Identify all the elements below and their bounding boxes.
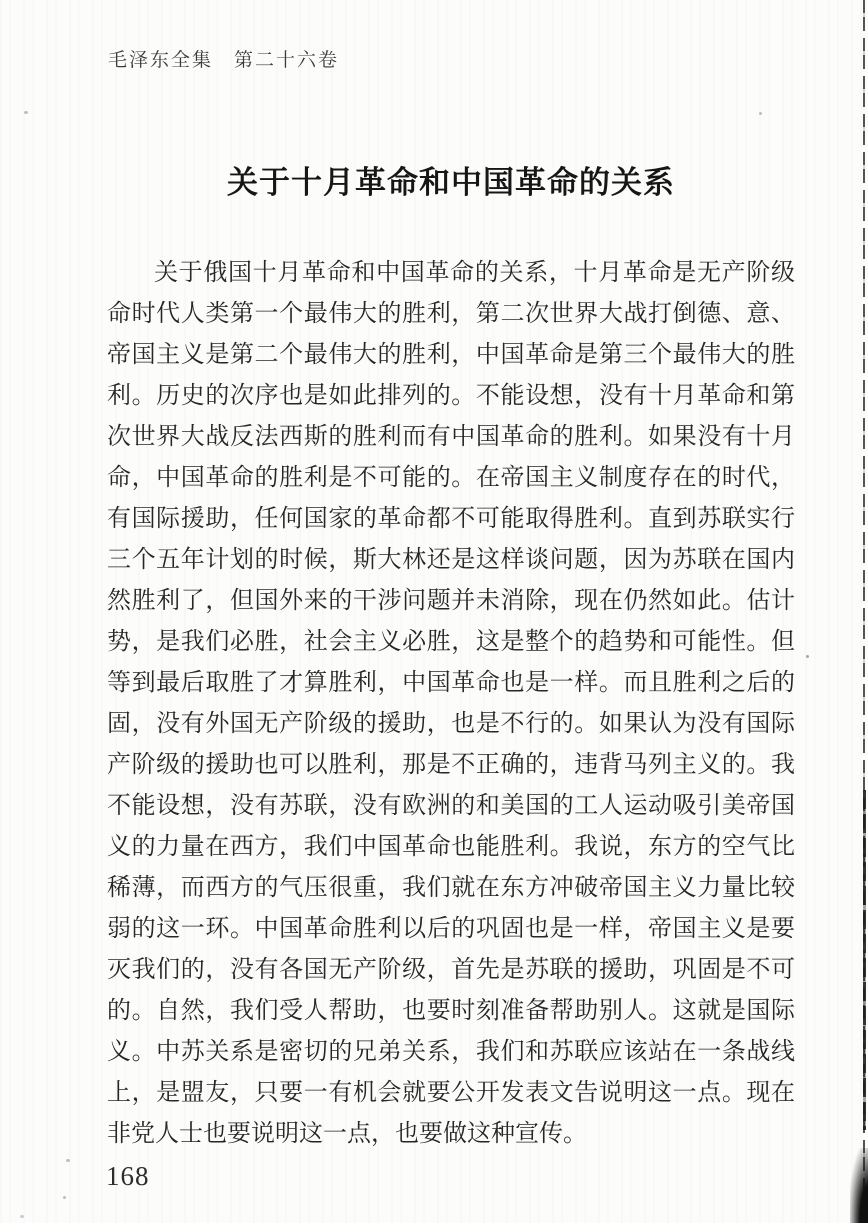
text-line: 命时代人类第一个最伟大的胜利，第二次世界大战打倒德、意、日 bbox=[107, 294, 795, 335]
text-line: 固，没有外国无产阶级的援助，也是不行的。如果认为没有国际无 bbox=[107, 704, 795, 745]
text-line: 不能设想，没有苏联，没有欧洲的和美国的工人运动吸引美帝国主 bbox=[107, 786, 795, 827]
text-line: 等到最后取胜了才算胜利，中国革命也是一样。而且胜利之后的巩 bbox=[107, 663, 795, 704]
text-line: 势，是我们必胜，社会主义必胜，这是整个的趋势和可能性。但要 bbox=[107, 622, 795, 663]
text-line: 有国际援助，任何国家的革命都不可能取得胜利。直到苏联实行第 bbox=[107, 499, 795, 540]
scan-speck bbox=[20, 1215, 24, 1218]
scanned-book-page: 毛泽东全集 第二十六卷 关于十月革命和中国革命的关系 关于俄国十月革命和中国革命… bbox=[0, 0, 868, 1223]
scan-speck bbox=[759, 112, 762, 115]
running-header: 毛泽东全集 第二十六卷 bbox=[108, 49, 339, 73]
text-line: 利。历史的次序也是如此排列的。不能设想，没有十月革命和第二 bbox=[107, 376, 795, 417]
scan-speck bbox=[806, 655, 809, 658]
scan-edge-artifact-heavy bbox=[863, 790, 866, 1130]
scan-speck bbox=[66, 1159, 70, 1162]
scan-speck bbox=[63, 1196, 66, 1199]
text-line: 帝国主义是第二个最伟大的胜利，中国革命是第三个最伟大的胜 bbox=[107, 335, 795, 376]
text-line: 产阶级的援助也可以胜利，那是不正确的，违背马列主义的。我们 bbox=[107, 745, 795, 786]
text-line: 义。中苏关系是密切的兄弟关系，我们和苏联应该站在一条战线 bbox=[107, 1032, 795, 1073]
text-line: 三个五年计划的时候，斯大林还是这样谈问题，因为苏联在国内虽 bbox=[107, 540, 795, 581]
text-line: 非党人士也要说明这一点，也要做这种宣传。 bbox=[107, 1114, 795, 1155]
text-line: 弱的这一环。中国革命胜利以后的巩固也是一样，帝国主义是要消 bbox=[107, 909, 795, 950]
text-line: 命，中国革命的胜利是不可能的。在帝国主义制度存在的时代，没 bbox=[107, 458, 795, 499]
text-line: 稀薄，而西方的气压很重，我们就在东方冲破帝国主义力量比较薄 bbox=[107, 868, 795, 909]
text-line: 次世界大战反法西斯的胜利而有中国革命的胜利。如果没有十月革 bbox=[107, 417, 795, 458]
text-line: 灭我们的，没有各国无产阶级，首先是苏联的援助，巩固是不可能 bbox=[107, 950, 795, 991]
scan-speck bbox=[24, 111, 28, 114]
text-line: 义的力量在西方，我们中国革命也能胜利。我说，东方的空气比较 bbox=[107, 827, 795, 868]
text-line: 上，是盟友，只要一有机会就要公开发表文告说明这一点。现在对 bbox=[107, 1073, 795, 1114]
text-line: 关于俄国十月革命和中国革命的关系，十月革命是无产阶级革 bbox=[107, 253, 795, 294]
text-line: 的。自然，我们受人帮助，也要时刻准备帮助别人。这就是国际主 bbox=[107, 991, 795, 1032]
text-line: 然胜利了，但国外来的干涉问题并未消除，现在仍然如此。估计形 bbox=[107, 581, 795, 622]
article-body: 关于俄国十月革命和中国革命的关系，十月革命是无产阶级革命时代人类第一个最伟大的胜… bbox=[107, 253, 795, 1155]
article-title: 关于十月革命和中国革命的关系 bbox=[107, 163, 795, 203]
scan-corner-blob-artifact bbox=[850, 1148, 868, 1223]
page-number: 168 bbox=[106, 1160, 150, 1192]
